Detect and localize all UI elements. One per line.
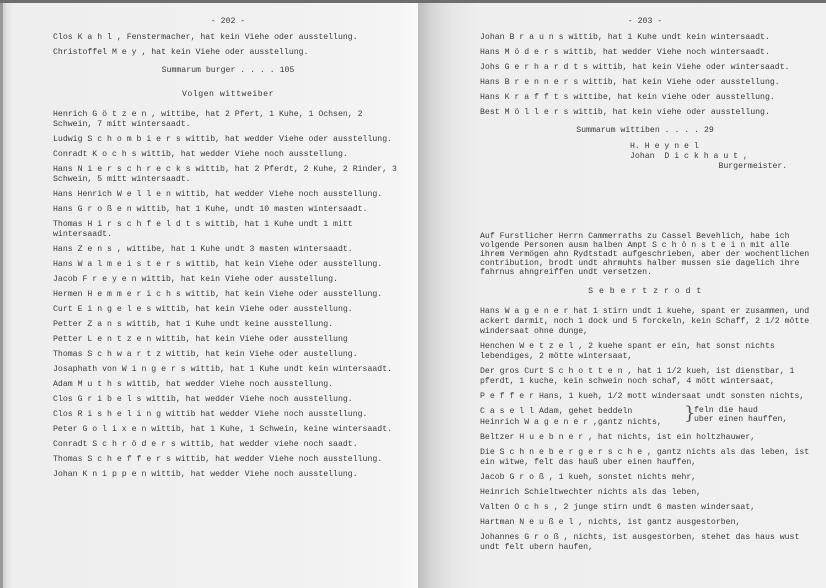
list-item: Thomas S c h e f f e r s wittib, hat wed… — [53, 455, 403, 465]
list-item: Johannes G r o ß , nichts, ist ausgestor… — [480, 533, 810, 553]
page-number: - 203 - — [480, 17, 810, 27]
list-item: Hans M ö d e r s wittib, hat wedder Vieh… — [480, 48, 810, 58]
entries-village: Hans W a g e n e r hat 1 stirn undt 1 ku… — [480, 307, 810, 402]
list-item: Josaphath von W i n g e r s wittib, hat … — [53, 365, 403, 375]
list-item: Henchen W e t z e l , 2 kuehe spant er e… — [480, 342, 810, 362]
section-heading: Volgen wittweiber — [53, 90, 403, 100]
list-item: Peter G o l i x e n wittib, hat 1 Kuhe, … — [53, 425, 403, 435]
right-page-content: - 203 - Johan B r a u n s wittib, hat 1 … — [480, 17, 810, 558]
left-page: - 202 - Clos K a h l , Fenstermacher, ha… — [0, 3, 418, 588]
list-item: Christoffel M e y , hat kein Viehe oder … — [53, 48, 403, 58]
summary-widows: Summarum wittiben . . . . 29 — [480, 126, 810, 136]
list-item: Conradt K o c h s wittib, hat wedder Vie… — [53, 150, 403, 160]
page-number: - 202 - — [53, 17, 403, 27]
scanned-book-spread: - 202 - Clos K a h l , Fenstermacher, ha… — [0, 0, 826, 588]
list-item: Jacob F r e y e n wittib, hat kein Viehe… — [53, 275, 403, 285]
list-item: Valten O c h s , 2 junge stirn undt 6 ma… — [480, 503, 810, 513]
list-item: Clos G r i b e l s wittib, hat wedder Vi… — [53, 395, 403, 405]
intro-paragraph: Auf Furstlicher Herrn Cammerraths zu Cas… — [480, 232, 810, 277]
list-item: Heinrich Schieltwechter nichts als das l… — [480, 488, 810, 498]
entries-widows: Henrich G ö t z e n , wittibe, hat 2 Pfe… — [53, 110, 403, 480]
list-item: Hans Z e n s , wittibe, hat 1 Kuhe undt … — [53, 245, 403, 255]
signature-line: Johan D i c k h a u t , — [630, 152, 810, 162]
list-item: Der gros Curt S c h o t t e n , hat 1 1/… — [480, 367, 810, 387]
list-item: Hans W a g e n e r hat 1 stirn undt 1 ku… — [480, 307, 810, 337]
list-item: Petter L e n t z e n wittib, hat kein Vi… — [53, 335, 403, 345]
section-heading: S e b e r t z r o d t — [480, 287, 810, 297]
list-item: Thomas H i r s c h f e l d t s wittib, h… — [53, 220, 403, 240]
entries-widows-cont: Johan B r a u n s wittib, hat 1 Kuhe und… — [480, 33, 810, 118]
list-item: Beltzer H u e b n e r , hat nichts, ist … — [480, 433, 810, 443]
list-item: P e f f e r Hans, 1 kueh, 1/2 mott winde… — [480, 392, 810, 402]
braced-entries: C a s e l l Adam, gehet beddeln Heinrich… — [480, 407, 810, 428]
list-item: Johs G e r h a r d t s wittib, hat kein … — [480, 63, 810, 73]
list-item: Hermen H e m m e r i c h s wittib, hat k… — [53, 290, 403, 300]
list-item: Clos K a h l , Fenstermacher, hat kein V… — [53, 33, 403, 43]
list-item: Hans K r a f f t s wittibe, hat kein vie… — [480, 93, 810, 103]
list-item: Die S c h n e b e r g e r s c h e , gant… — [480, 448, 810, 468]
list-item: Ludwig S c h o m b i e r s wittib, hat w… — [53, 135, 403, 145]
list-item: Hans B r e n n e r s wittib, hat kein Vi… — [480, 78, 810, 88]
list-item: Clos R i s h e l i n g wittib hat wedder… — [53, 410, 403, 420]
right-page: - 203 - Johan B r a u n s wittib, hat 1 … — [418, 3, 826, 588]
list-item: Hartman N e u ß e l , nichts, ist gantz … — [480, 518, 810, 528]
brace-note: feln die haud uber einen hauffen, — [694, 406, 787, 424]
signature-line: H. H e y n e l — [630, 142, 810, 152]
list-item: Jacob G r o ß , 1 kueh, sonstet nichts m… — [480, 473, 810, 483]
list-item: Best M ö l l e r s wittib, hat kein vieh… — [480, 108, 810, 118]
entries-village-cont: Beltzer H u e b n e r , hat nichts, ist … — [480, 433, 810, 553]
signature-block: H. H e y n e l Johan D i c k h a u t , B… — [630, 142, 810, 172]
list-item: Hans N i e r s c h r e c k s wittib, hat… — [53, 165, 403, 185]
entries-burger: Clos K a h l , Fenstermacher, hat kein V… — [53, 33, 403, 58]
list-item: Hans Henrich W e l l e n wittib, hat wed… — [53, 190, 403, 200]
brace-note-line: feln die haud — [694, 406, 787, 415]
list-item: Johan K n i p p e n wittib, hat wedder V… — [53, 470, 403, 480]
list-item: Hans W a l m e i s t e r s wittib, hat k… — [53, 260, 403, 270]
left-page-content: - 202 - Clos K a h l , Fenstermacher, ha… — [53, 17, 403, 485]
brace-note-line: uber einen hauffen, — [694, 415, 787, 424]
list-item: Thomas S c h w a r t z wittib, hat kein … — [53, 350, 403, 360]
signature-title: Burgermeister. — [630, 162, 810, 172]
list-item: Adam M u t h s wittib, hat wedder Viehe … — [53, 380, 403, 390]
summary-burger: Summarum burger . . . . 105 — [53, 66, 403, 76]
list-item: Henrich G ö t z e n , wittibe, hat 2 Pfe… — [53, 110, 403, 130]
list-item: Curt E i n g e l e s wittib, hat kein Vi… — [53, 305, 403, 315]
list-item: Hans G r o ß e n wittib, hat 1 Kuhe, und… — [53, 205, 403, 215]
list-item: Conradt S c h r ö d e r s wittib, hat we… — [53, 440, 403, 450]
list-item: Johan B r a u n s wittib, hat 1 Kuhe und… — [480, 33, 810, 43]
list-item: Petter Z a n s wittib, hat 1 Kuhe undt k… — [53, 320, 403, 330]
